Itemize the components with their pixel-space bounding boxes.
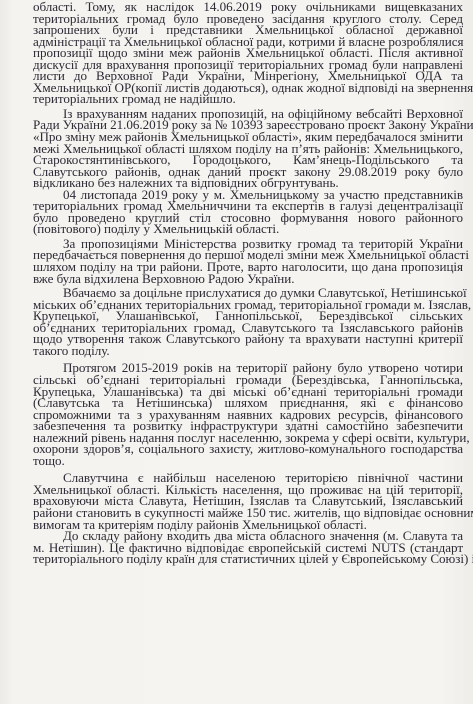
text-line: такого поділу. [33, 345, 463, 357]
paragraph-slavuta-opinion: Вбачаємо за доцільне прислухатися до дум… [33, 287, 463, 356]
text-line: територіальних громад не надійшло. [33, 93, 463, 105]
document-body: області. Тому, як наслідок 14.06.2019 ро… [33, 1, 463, 565]
scanned-page: області. Тому, як наслідок 14.06.2019 ро… [0, 0, 473, 704]
paragraph-nuts: До складу району входить два міста облас… [33, 530, 463, 565]
paragraph-round-table: 04 листопада 2019 року у м. Хмельницьком… [33, 189, 463, 235]
text-line: тощо. [33, 455, 463, 467]
text-line: (повітового) поділу у Хмельницькій облас… [33, 223, 463, 235]
paragraph-ministry-proposal: За пропозиціями Міністерства розвитку гр… [33, 238, 463, 284]
text-line: територіального поділу країн для статист… [33, 553, 463, 565]
text-line: вже була відхилена Верховною Радою Украї… [33, 273, 463, 285]
paragraph-draft-law: Із врахуванням наданих пропозицій, на оф… [33, 108, 463, 189]
paragraph-continuation: області. Тому, як наслідок 14.06.2019 ро… [33, 1, 463, 105]
paragraph-communities-formed: Протягом 2015-2019 років на території ра… [33, 362, 463, 466]
text-line: охорони здоров’я, соціального захисту, ж… [33, 443, 463, 455]
paragraph-population: Славутчина є найбільш населеною територі… [33, 472, 463, 530]
